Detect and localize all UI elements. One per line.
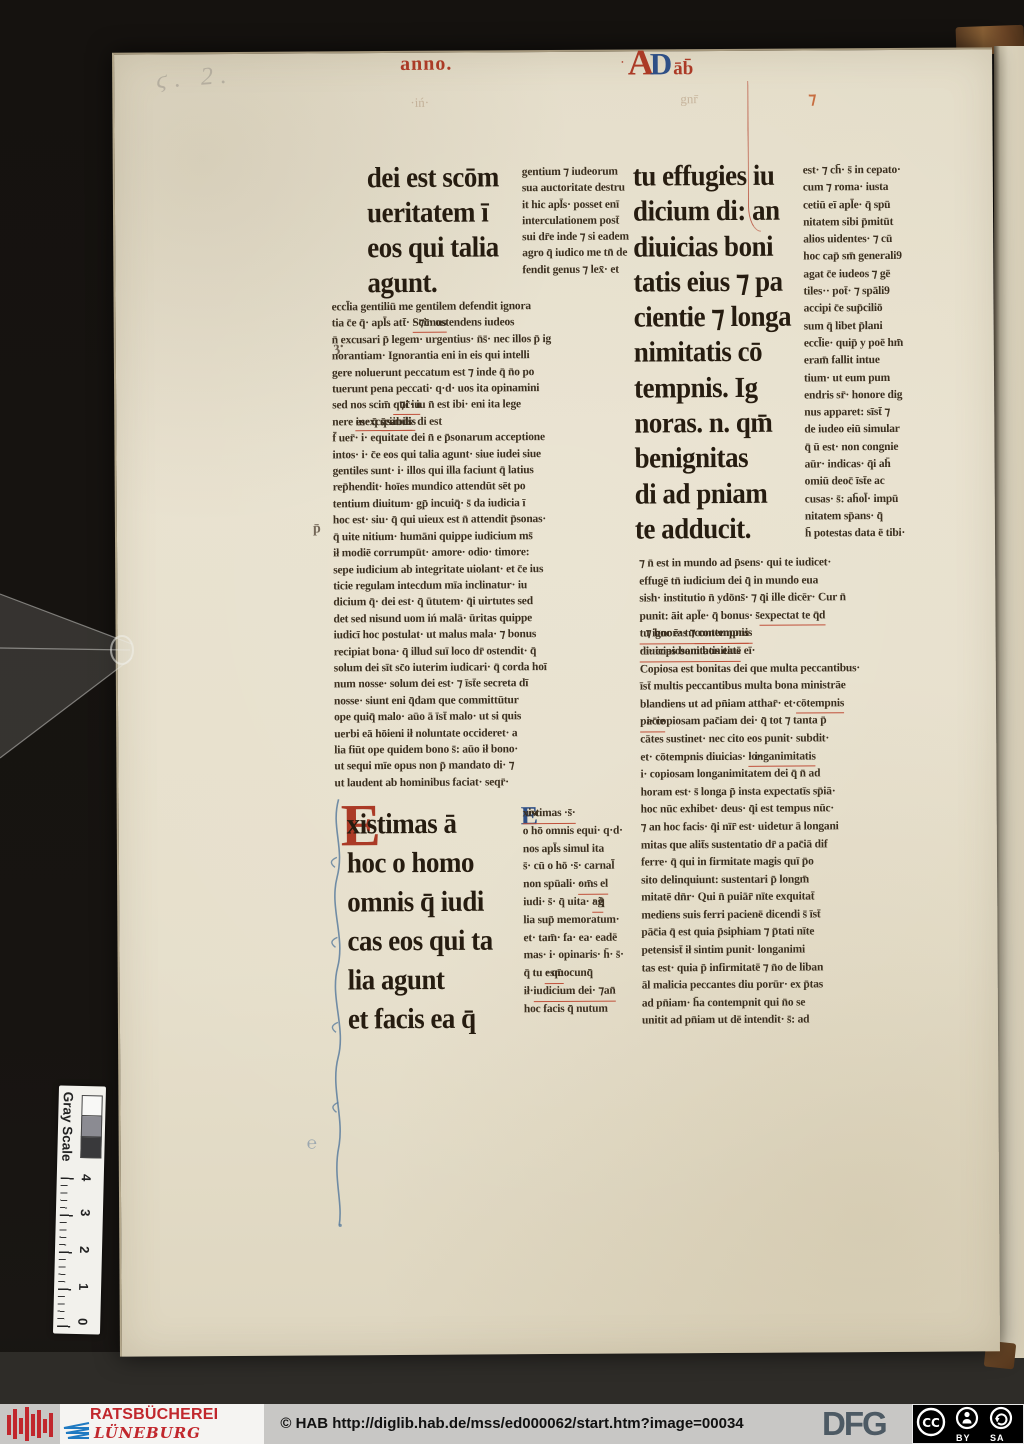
text-line: cas eos qui ta [347, 919, 537, 962]
text-line: i· copiosam longanimitatem dei q̄ n̄ ad [640, 765, 940, 784]
text-line: gentium ⁊ iudeorum [522, 163, 638, 180]
patch-white [81, 1095, 103, 1117]
ruler-scale: 4 3 2 1 0 [53, 1177, 104, 1328]
margin-paragraph-mark: p̄ [313, 521, 321, 537]
text-line: benignitas [634, 439, 806, 478]
text-line: lia sup̄ memoratum· [523, 911, 645, 930]
text-line: ⁊ an hoc facis· q̄i nīr̄ est· uidetur ā … [641, 818, 941, 837]
text-line: diuicias bonitatis eius· i· copiosam bon… [640, 642, 940, 661]
footer-bar: RATSBÜCHEREI LÜNEBURG © HAB http://digli… [0, 1404, 1024, 1444]
text-line: interculationem post̄ [522, 212, 638, 229]
penwork-flourish [325, 797, 354, 1227]
text-line: et· tam̄· fa· ea· eadē [523, 929, 645, 948]
text-line: s̄· cū o hō ·s̄· carnal̄ [523, 858, 645, 877]
column1-gloss-top: gentium ⁊ iudeorumsua auctoritate destru… [522, 163, 639, 278]
text-line: ił· iudicium dei· ⁊an̄ [524, 982, 646, 1001]
photo-stage: ϛ. 2. anno. ·ADāb̄ ·iń· gnr̄ ⁊ dei est s… [0, 0, 1024, 1444]
text-line: tu ignoras ⁊ contempnis· ⁊ hoc ē· tu con… [640, 624, 940, 643]
margin-flourish-end: ℮ [307, 1133, 317, 1153]
text-line: sui dr̄e inde ⁊ si eadem [522, 229, 638, 246]
running-title-dot: · [620, 56, 625, 71]
patch-dark [80, 1137, 102, 1159]
text-line: lia fiūt ope quidem bono s̄: aūo ił bono… [334, 740, 636, 758]
text-line: nimitatis cō [634, 333, 806, 372]
text-line: rep̄hendit· hoīes mundico attendūt sēt p… [333, 478, 635, 496]
ruler-number: 2 [77, 1246, 92, 1254]
text-line: tiles·· pot̄· ⁊ spāli9 [803, 283, 935, 301]
text-line: cetiū eī apl̄e· q̄ spū [803, 196, 935, 214]
text-line: num nosse· solum dei est· ⁊ īst̄e secret… [334, 675, 636, 693]
text-line: āl malicia peccantes diu porūr· ex p̄tas [642, 976, 942, 995]
text-line: pac̄ie· i· copiosam pac̄iam dei· q̄ tot … [640, 712, 940, 731]
ruler-number: 1 [76, 1283, 91, 1291]
ruler-number: 0 [75, 1318, 90, 1326]
text-line: diuicias boni [633, 227, 805, 266]
text-line: sepe iudicium ab integritate uiolant· et… [333, 560, 635, 578]
text-line: tu effugies iu [633, 156, 805, 195]
text-line: eccl̄ia gentiliū me gentilem defendit ig… [332, 298, 634, 316]
text-line: ⁊ n̄ est in mundo ad p̄sens· qui te iudi… [639, 554, 939, 573]
grayscale-patches [80, 1095, 103, 1158]
manuscript-page: ϛ. 2. anno. ·ADāb̄ ·iń· gnr̄ ⁊ dei est s… [112, 47, 1000, 1356]
text-line: tempnis. Ig [634, 368, 806, 407]
text-line: q̄ tu esm̄· quocunq̄ [524, 965, 646, 984]
text-line: accipi c̄e sup̄ciliō [804, 300, 936, 318]
text-line: q̄ uite nitium· humāni quippe iudicium m… [333, 527, 635, 545]
column1-lemma-text: dei est scōmueritatem īeos qui taliaagun… [367, 158, 528, 299]
text-line: endris sr̄· honore dig [804, 387, 936, 405]
text-line: dicium q̄· dei est· q̄ ūtutem· q̄i uirtu… [333, 593, 635, 611]
text-line: pāc̄ia q̄ est quia p̄siphiam ⁊ p̄tati nī… [641, 923, 941, 942]
text-line: mitatē dn̄r· Qui n̄ puiār̄ nīte exquitat… [641, 888, 941, 907]
text-line: q̄ ū est· non congnie [804, 438, 936, 456]
text-line: nus apparet: sīst̄ ⁊ [804, 404, 936, 422]
text-line: cum ⁊ roma· iusta [803, 179, 935, 197]
text-line: ferre· q̄ qui in firmitate magis quī p̄o [641, 853, 941, 872]
text-line: iudi· s̄· q̄ uita· ag̃· q̄ [523, 893, 645, 912]
text-line: o hō omnis equi· q·d· [523, 822, 645, 841]
running-title: ·ADāb̄ [620, 41, 693, 83]
text-line: est· ⁊ ch̄· s̄ in cepato· [803, 162, 935, 180]
text-line: omiū deoc̄ īst̄e ac [805, 473, 937, 491]
column2-gloss-margin: est· ⁊ ch̄· s̄ in cepato·cum ⁊ roma· ius… [803, 162, 937, 543]
text-line: recipiat bona· q̄ illud suī loco dr̄ ost… [334, 642, 636, 660]
text-line: eram̄ fallit intue [804, 352, 936, 370]
text-line: mas· i· opinaris· h̄· s̄· [523, 947, 645, 966]
text-line: det sed nisund uom iń malā· ūritas quipp… [333, 609, 635, 627]
text-line: dicium di: an [633, 192, 805, 231]
text-line: aūr· indicas· q̄i ah̄ [805, 456, 937, 474]
text-line: fendit genus ⁊ lex̄· et [522, 261, 638, 278]
cc-sa-label: SA [990, 1433, 1005, 1443]
text-line: sua auctoritate destru [522, 180, 638, 197]
text-line: ticie regulam intecdum mīa inclinatur· i… [333, 576, 635, 594]
text-line: ut laudent ab hominibus faciat· seqr̄· [334, 773, 636, 791]
text-line: intos· i· c̄e eos qui talia agunt· siue … [332, 445, 634, 463]
text-line: alios uidentes· ⁊ cū [803, 231, 935, 249]
text-line: petensist̄ ił sintim punit· longanimi [641, 941, 941, 960]
rubricator-mark: ⁊ [808, 88, 816, 108]
running-title-suffix: āb̄ [673, 58, 693, 79]
text-line: h̄ potestas data ē tibi· [805, 525, 937, 543]
text-line: cientie ⁊ longa [634, 298, 806, 337]
running-title-letter-blue: D [650, 46, 673, 81]
text-line: tas est· quia p̄ infirmitatē ⁊ n̄o de li… [642, 958, 942, 977]
ruler-ticks-major [57, 1178, 74, 1328]
text-line: Copiosa est bonitas dei que multa peccan… [640, 659, 940, 678]
text-line: hoc est· siu· q̄ qui uieux est n̄ attend… [333, 511, 635, 529]
text-line: mitas que alit̄s sustentatio dr̄ a pac̄i… [641, 835, 941, 854]
ruler-number: 4 [79, 1174, 94, 1182]
text-line: hoc o homo [347, 841, 537, 884]
text-line: xistimas ā [347, 802, 537, 845]
text-line: mediens suis ferri pacienē dicendi s̄ īs… [641, 906, 941, 925]
text-line: nitatem sibi p̄mitūt [803, 214, 935, 232]
text-line: solum dei sīt sc̄o iuterim iudicari· q̄ … [334, 658, 636, 676]
column1-lemma-text-lower: E xistimas āhoc o homoomnis q̄ iudicas e… [347, 802, 538, 1037]
text-line: xistimas ·s̄· hoc [523, 804, 645, 823]
svg-text:CC: CC [922, 1416, 940, 1430]
text-line: tuerunt pena peccati· q·d· uos ita opina… [332, 380, 634, 398]
running-header-anno: anno. [400, 53, 452, 76]
text-line: de iudeo eiū simular [804, 421, 936, 439]
pencil-shelfmark: ϛ. 2. [155, 61, 234, 95]
text-line: ił modiē corrumpūt· amore· odio· timore: [333, 544, 635, 562]
text-line: hoc facis q̄ nutum [524, 1000, 646, 1019]
text-line: agunt. [367, 263, 527, 302]
text-line: gentiles sunt· i· illos qui illa faciunt… [333, 462, 635, 480]
text-line: nitatem sp̄ans· q̄ [805, 508, 937, 526]
text-line: horam est· s̄ longa p̄ insta expectatīs … [641, 782, 941, 801]
text-line: sish· institutio n̄ ydōns̄· ⁊ q̄i ille d… [639, 589, 939, 608]
text-line: tium· ut eum pum [804, 369, 936, 387]
text-line: tentium diuitum· gp̄ incuiq̄· s̄ da iudi… [333, 494, 635, 512]
text-line: it hic apl̄s· posset enī [522, 196, 638, 213]
text-line: n̄ excusari p̄ legem· urgentius· n̄s̄· n… [332, 330, 634, 348]
grayscale-ruler: Gray Scale 4 3 2 1 0 [53, 1085, 106, 1334]
text-line: non spūali· om̄s el· [523, 876, 645, 895]
text-line: unitit ad pn̄iam ut dē intendit· s̄: ad [642, 1011, 942, 1030]
text-line: tia c̄e q̄· apl̄s att̄· Scimus· ⁊c̄· ost… [332, 314, 634, 332]
text-line: agro q̄ iudico me tn̄ de [522, 245, 638, 262]
text-line: ut sequi mīe opus non p̄ mandato di· ⁊ [334, 757, 636, 775]
text-line: di ad pniam [635, 474, 807, 513]
column2-lemma-text: tu effugies iudicium di: andiuicias boni… [633, 156, 807, 545]
backdrop-band [0, 1352, 1024, 1404]
text-line: eccl̄ie· quip̄ y poē hm̄ [804, 335, 936, 353]
text-line: tatis eius ⁊ pa [633, 262, 805, 301]
patch-gray [81, 1116, 103, 1138]
text-line: et facis ea q̄ [348, 997, 538, 1040]
text-line: nere inexcusabilis es· q̄ scimus q̄· iud… [332, 412, 634, 430]
text-line: omnis q̄ iudi [347, 880, 537, 923]
text-line: agat c̄e iudeos ⁊ gē [803, 265, 935, 283]
text-line: dei est scōm [367, 158, 527, 197]
dfg-logo: DFG [822, 1405, 886, 1443]
text-line: hoc nūc exhibet· deus· q̄i est tempus nū… [641, 800, 941, 819]
text-line: ad pn̄iam· h̄a contempnit qui n̄o se [642, 993, 942, 1012]
cc-by-label: BY [956, 1433, 971, 1443]
text-line: punit: āit apl̄e· q̄ bonus· s̄ expectat … [639, 606, 939, 625]
text-line: lia agunt [348, 958, 538, 1001]
text-line: cusas· s̄: ah̄ol̄· impū [805, 490, 937, 508]
column2-gloss-main: ⁊ n̄ est in mundo ad p̄sens· qui te iudi… [639, 554, 942, 1031]
faint-mark: ·iń· [410, 95, 429, 111]
text-line: nos apl̄s simul ita [523, 840, 645, 859]
text-line: blandiens ut ad pn̄iam atthar̄· et· cōte… [640, 694, 940, 713]
column1-gloss-lower: E xistimas ·s̄· hoco hō omnis equi· q·d·… [523, 804, 646, 1018]
text-line: ope quiq̄ malo· aūo ā īst̄ malo· ut si q… [334, 708, 636, 726]
text-line: gere noluerunt peccatum est ⁊ inde q̄ n̄… [332, 363, 634, 381]
text-line: et· cōtempnis diuicias· longanimitatis· … [640, 747, 940, 766]
text-line: noras. n. qm̄ [634, 404, 806, 443]
text-line: sum q̄ libet p̄lani [804, 317, 936, 335]
column1-gloss-main: eccl̄ia gentiliū me gentilem defendit ig… [332, 298, 637, 792]
faint-mark: gnr̄ [680, 91, 697, 107]
text-line: te adducit. [635, 509, 807, 548]
ruler-number: 3 [78, 1209, 93, 1217]
margin-nota-mark: ȝ· [333, 339, 346, 357]
text-line: cātes sustinet· nec cito eos punit· subd… [640, 730, 940, 749]
text-line: uerbi eā hōieni ił noluntate occideret· … [334, 724, 636, 742]
text-line: f̄ uer̄· i· equitate dei n̄ e p̄sonarum … [332, 429, 634, 447]
text-line: īst̄ multis peccantibus multa bona minis… [640, 677, 940, 696]
text-line: sito delinquiunt: sustentari p̄ longm̄ [641, 870, 941, 889]
text-line: iudicī hoc postulat· ut malus mala· ⁊ bo… [334, 626, 636, 644]
text-line: norantiam· Ignorantia eni in eis qui int… [332, 347, 634, 365]
text-line: sed nos scim̄ qui iu· ⁊c̄· iu n̄ est ibi… [332, 396, 634, 414]
text-line: nosse· siunt eni q̄dam que committūtur [334, 691, 636, 709]
text-line: hoc cap̄ sm̄ generali9 [803, 248, 935, 266]
text-line: eos qui talia [367, 228, 527, 267]
cc-license-badge: CC BY SA [912, 1404, 1024, 1444]
text-line: ueritatem ī [367, 193, 527, 232]
text-line: effugē tn̄ iudicium dei q̄ in mundo eua [639, 571, 939, 590]
